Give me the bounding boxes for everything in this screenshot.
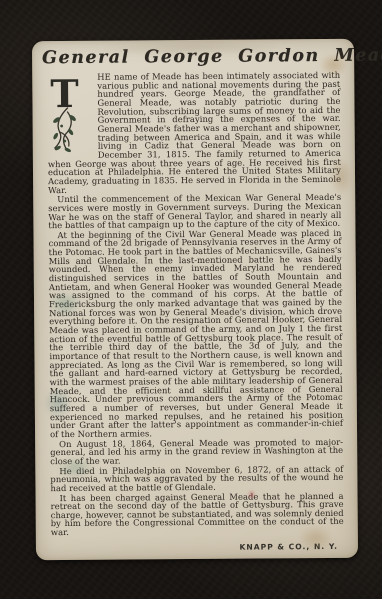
card-title: General George Gordon Meade. <box>42 46 344 68</box>
dropcap-ornament: T <box>47 74 94 156</box>
photo-of-trade-card: { "card": { "title": "General George Gor… <box>0 0 382 599</box>
publisher-imprint: KNAPP & CO., N. Y. <box>36 542 338 553</box>
paragraph-1: T HE name of Meade has been intimately a… <box>47 71 341 194</box>
paragraph-2: Until the commencement of the Mexican Wa… <box>48 193 341 230</box>
paragraph-3: At the beginning of the Civil War Genera… <box>48 229 343 439</box>
biography-text: T HE name of Meade has been intimately a… <box>32 69 358 537</box>
paragraph-6: It has been charged against General Mead… <box>51 491 344 537</box>
paragraph-5: He died in Philadelphia on November 6, 1… <box>50 464 343 492</box>
dropcap-letter: T <box>50 74 79 116</box>
card-title-text: General George Gordon Meade. <box>42 45 382 68</box>
trade-card-back: General George Gordon Meade. <box>32 39 358 561</box>
paragraph-4: On August 18, 1864, General Meade was pr… <box>50 437 343 465</box>
